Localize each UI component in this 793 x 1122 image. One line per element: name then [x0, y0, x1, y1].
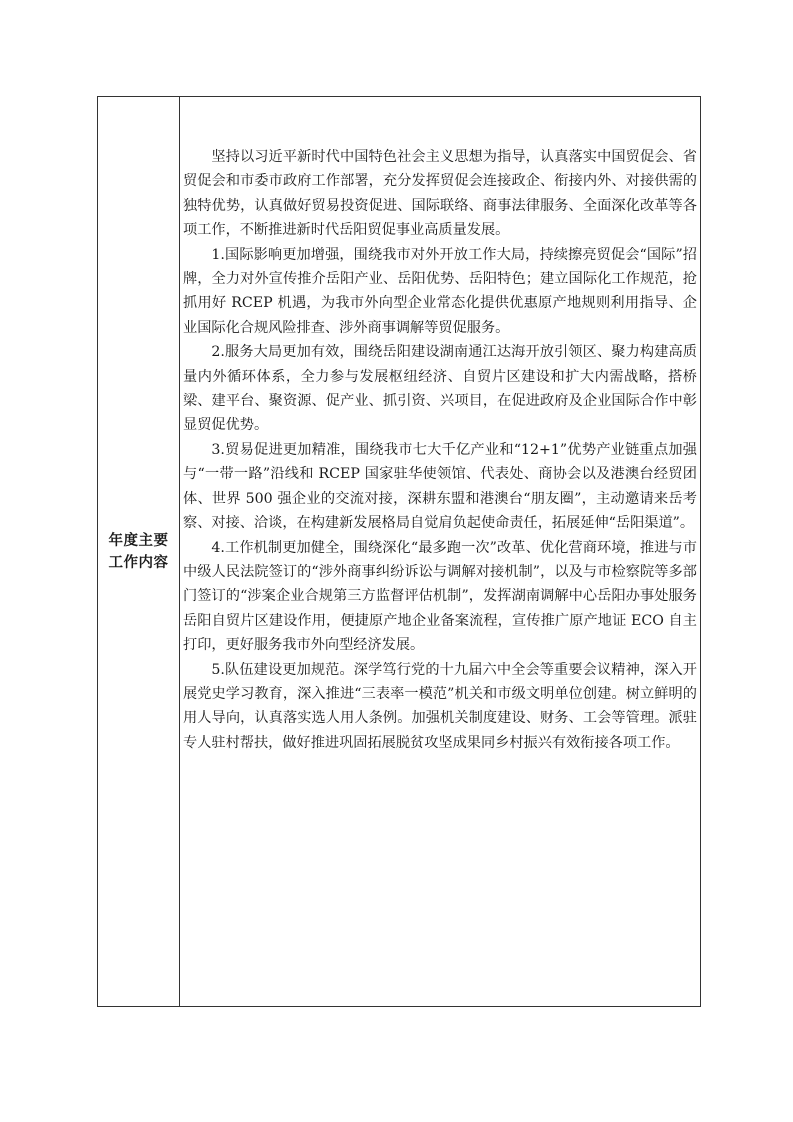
work-plan-table: 年度主要 工作内容 坚持以习近平新时代中国特色社会主义思想为指导，认真落实中国贸…	[97, 96, 701, 1007]
work-content: 坚持以习近平新时代中国特色社会主义思想为指导，认真落实中国贸促会、省贸促会和市委…	[183, 145, 697, 755]
item-3-paragraph: 3.贸易促进更加精准，围绕我市七大千亿产业和“12+1”优势产业链重点加强与“一…	[183, 438, 697, 536]
row-label-line-2: 工作内容	[104, 552, 174, 574]
row-label-line-1: 年度主要	[104, 530, 174, 552]
content-cell: 坚持以习近平新时代中国特色社会主义思想为指导，认真落实中国贸促会、省贸促会和市委…	[180, 97, 700, 1006]
item-5-paragraph: 5.队伍建设更加规范。深学笃行党的十九届六中全会等重要会议精神，深入开展党史学习…	[183, 658, 697, 756]
row-label-cell: 年度主要 工作内容	[98, 97, 180, 1006]
item-4-paragraph: 4.工作机制更加健全，围绕深化“最多跑一次”改革、优化营商环境，推进与市中级人民…	[183, 536, 697, 658]
intro-paragraph: 坚持以习近平新时代中国特色社会主义思想为指导，认真落实中国贸促会、省贸促会和市委…	[183, 145, 697, 243]
item-1-paragraph: 1.国际影响更加增强，围绕我市对外开放工作大局，持续擦亮贸促会“国际”招牌，全力…	[183, 243, 697, 341]
row-label: 年度主要 工作内容	[104, 530, 174, 574]
item-2-paragraph: 2.服务大局更加有效，围绕岳阳建设湖南通江达海开放引领区、聚力构建高质量内外循环…	[183, 340, 697, 438]
